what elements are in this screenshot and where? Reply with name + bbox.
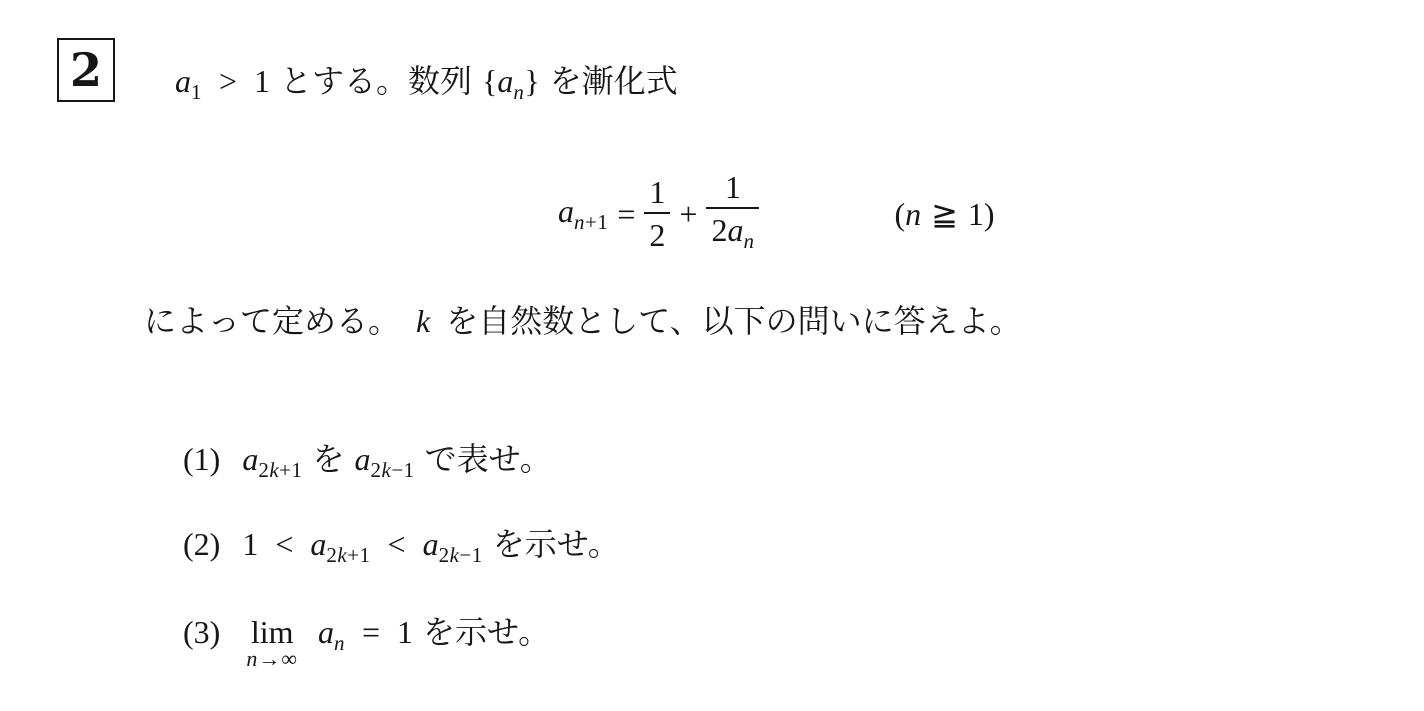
recurrence-equation: an+1 = 12 + 12an (n≧1) — [558, 166, 995, 262]
question-3-label: (3) — [183, 614, 220, 650]
math-var-a: a — [175, 63, 191, 99]
intro-text-2: を漸化式 — [550, 63, 678, 99]
subscript-n: n — [743, 229, 754, 253]
math-a-n-plus-1: an+1 — [558, 193, 608, 235]
subscript-plus-1: +1 — [585, 210, 608, 234]
math-var-n: n — [513, 80, 524, 104]
sub-minus-1: −1 — [391, 458, 414, 482]
equals-sign: = — [617, 196, 635, 233]
math-var-a: a — [310, 526, 326, 562]
question-2: (2) 1 < a2k+1 < a2k−1 を示せ。 — [183, 523, 622, 576]
math-var-k: k — [450, 543, 460, 567]
subscript-n: n — [513, 80, 524, 104]
limit-operator: limn→∞ — [246, 615, 298, 669]
denominator-2an: 2an — [706, 207, 759, 260]
math-var-a: a — [497, 63, 513, 99]
math-sequence-an: {an} — [482, 63, 540, 99]
math-var-a: a — [423, 526, 439, 562]
intro-text-1: とする。数列 — [280, 63, 472, 99]
math-var-n: n — [743, 229, 754, 253]
lim-word: lim — [251, 615, 294, 649]
question-2-tail: を示せ。 — [493, 526, 620, 562]
sub-2: 2 — [258, 458, 269, 482]
math-var-n: n — [334, 631, 345, 655]
subscript-1: 1 — [191, 80, 202, 104]
math-var-k: k — [269, 458, 279, 482]
less-than-sign: < — [388, 526, 406, 562]
intro-line: a1 > 1 とする。数列 {an} を漸化式 — [175, 60, 680, 113]
less-than-sign: < — [275, 526, 293, 562]
math-var-a: a — [727, 212, 743, 248]
fraction-one-half: 12 — [644, 174, 670, 254]
subscript-2k-plus-1: 2k+1 — [258, 458, 302, 482]
limit-subscript: n→∞ — [246, 649, 298, 669]
body-text-1: によって定める。 — [144, 303, 400, 339]
connector-wo: を — [312, 441, 344, 477]
math-var-k: k — [382, 458, 392, 482]
math-var-k: k — [337, 543, 347, 567]
greater-than-sign: > — [219, 63, 237, 99]
number-one: 1 — [397, 614, 413, 650]
number-one: 1 — [254, 63, 270, 99]
math-a1: a1 — [175, 63, 202, 99]
math-var-n: n — [905, 196, 921, 232]
numerator: 1 — [706, 169, 759, 207]
problem-number-box: 2 — [57, 38, 115, 102]
close-paren: ) — [984, 196, 995, 232]
open-brace: { — [482, 63, 497, 99]
subscript-2k-minus-1: 2k−1 — [371, 458, 415, 482]
denominator: 2 — [644, 212, 670, 254]
math-var-a: a — [355, 441, 371, 477]
close-brace: } — [524, 63, 539, 99]
numerator: 1 — [644, 174, 670, 212]
math-var-n: n — [246, 646, 258, 671]
question-3: (3) limn→∞ an = 1 を示せ。 — [183, 611, 552, 669]
math-a-2k-minus-1: a2k−1 — [423, 526, 483, 562]
number-one: 1 — [242, 526, 258, 562]
math-var-a: a — [242, 441, 258, 477]
math-a-2k-minus-1: a2k−1 — [355, 441, 415, 477]
arrow-to-infinity: →∞ — [258, 646, 298, 671]
equation-condition: (n≧1) — [894, 195, 994, 233]
subscript-2k-minus-1: 2k−1 — [439, 543, 483, 567]
sub-2: 2 — [326, 543, 337, 567]
body-line: によって定める。 k を自然数として、以下の問いに答えよ。 — [142, 300, 1024, 342]
sub-minus-1: −1 — [459, 543, 482, 567]
math-problem-page: 2 a1 > 1 とする。数列 {an} を漸化式 an+1 = 12 + 12… — [0, 0, 1424, 711]
question-2-label: (2) — [183, 526, 220, 562]
question-3-tail: を示せ。 — [423, 614, 550, 650]
math-var-n: n — [574, 210, 585, 234]
number-one: 1 — [968, 196, 984, 232]
math-a-n: an — [318, 614, 345, 650]
question-1-label: (1) — [183, 441, 220, 477]
sub-2: 2 — [371, 458, 382, 482]
math-a-2k-plus-1: a2k+1 — [310, 526, 370, 562]
subscript-n-plus-1: n+1 — [574, 210, 608, 234]
geq-sign: ≧ — [931, 196, 958, 232]
math-var-k: k — [416, 303, 430, 339]
fraction-one-over-2an: 12an — [706, 169, 759, 260]
subscript-n: n — [334, 631, 345, 655]
subscript-2k-plus-1: 2k+1 — [326, 543, 370, 567]
math-a-2k-plus-1: a2k+1 — [242, 441, 302, 477]
sub-plus-1: +1 — [279, 458, 302, 482]
sub-2: 2 — [439, 543, 450, 567]
math-var-a: a — [558, 193, 574, 229]
sub-plus-1: +1 — [347, 543, 370, 567]
math-var-a: a — [318, 614, 334, 650]
coefficient-2: 2 — [711, 212, 727, 248]
problem-number: 2 — [70, 47, 102, 93]
open-paren: ( — [894, 196, 905, 232]
plus-sign: + — [679, 196, 697, 233]
body-text-2: を自然数として、以下の問いに答えよ。 — [446, 303, 1021, 339]
question-1: (1) a2k+1 を a2k−1 で表せ。 — [183, 438, 554, 491]
equals-sign: = — [362, 614, 380, 650]
question-1-tail: で表せ。 — [425, 441, 552, 477]
